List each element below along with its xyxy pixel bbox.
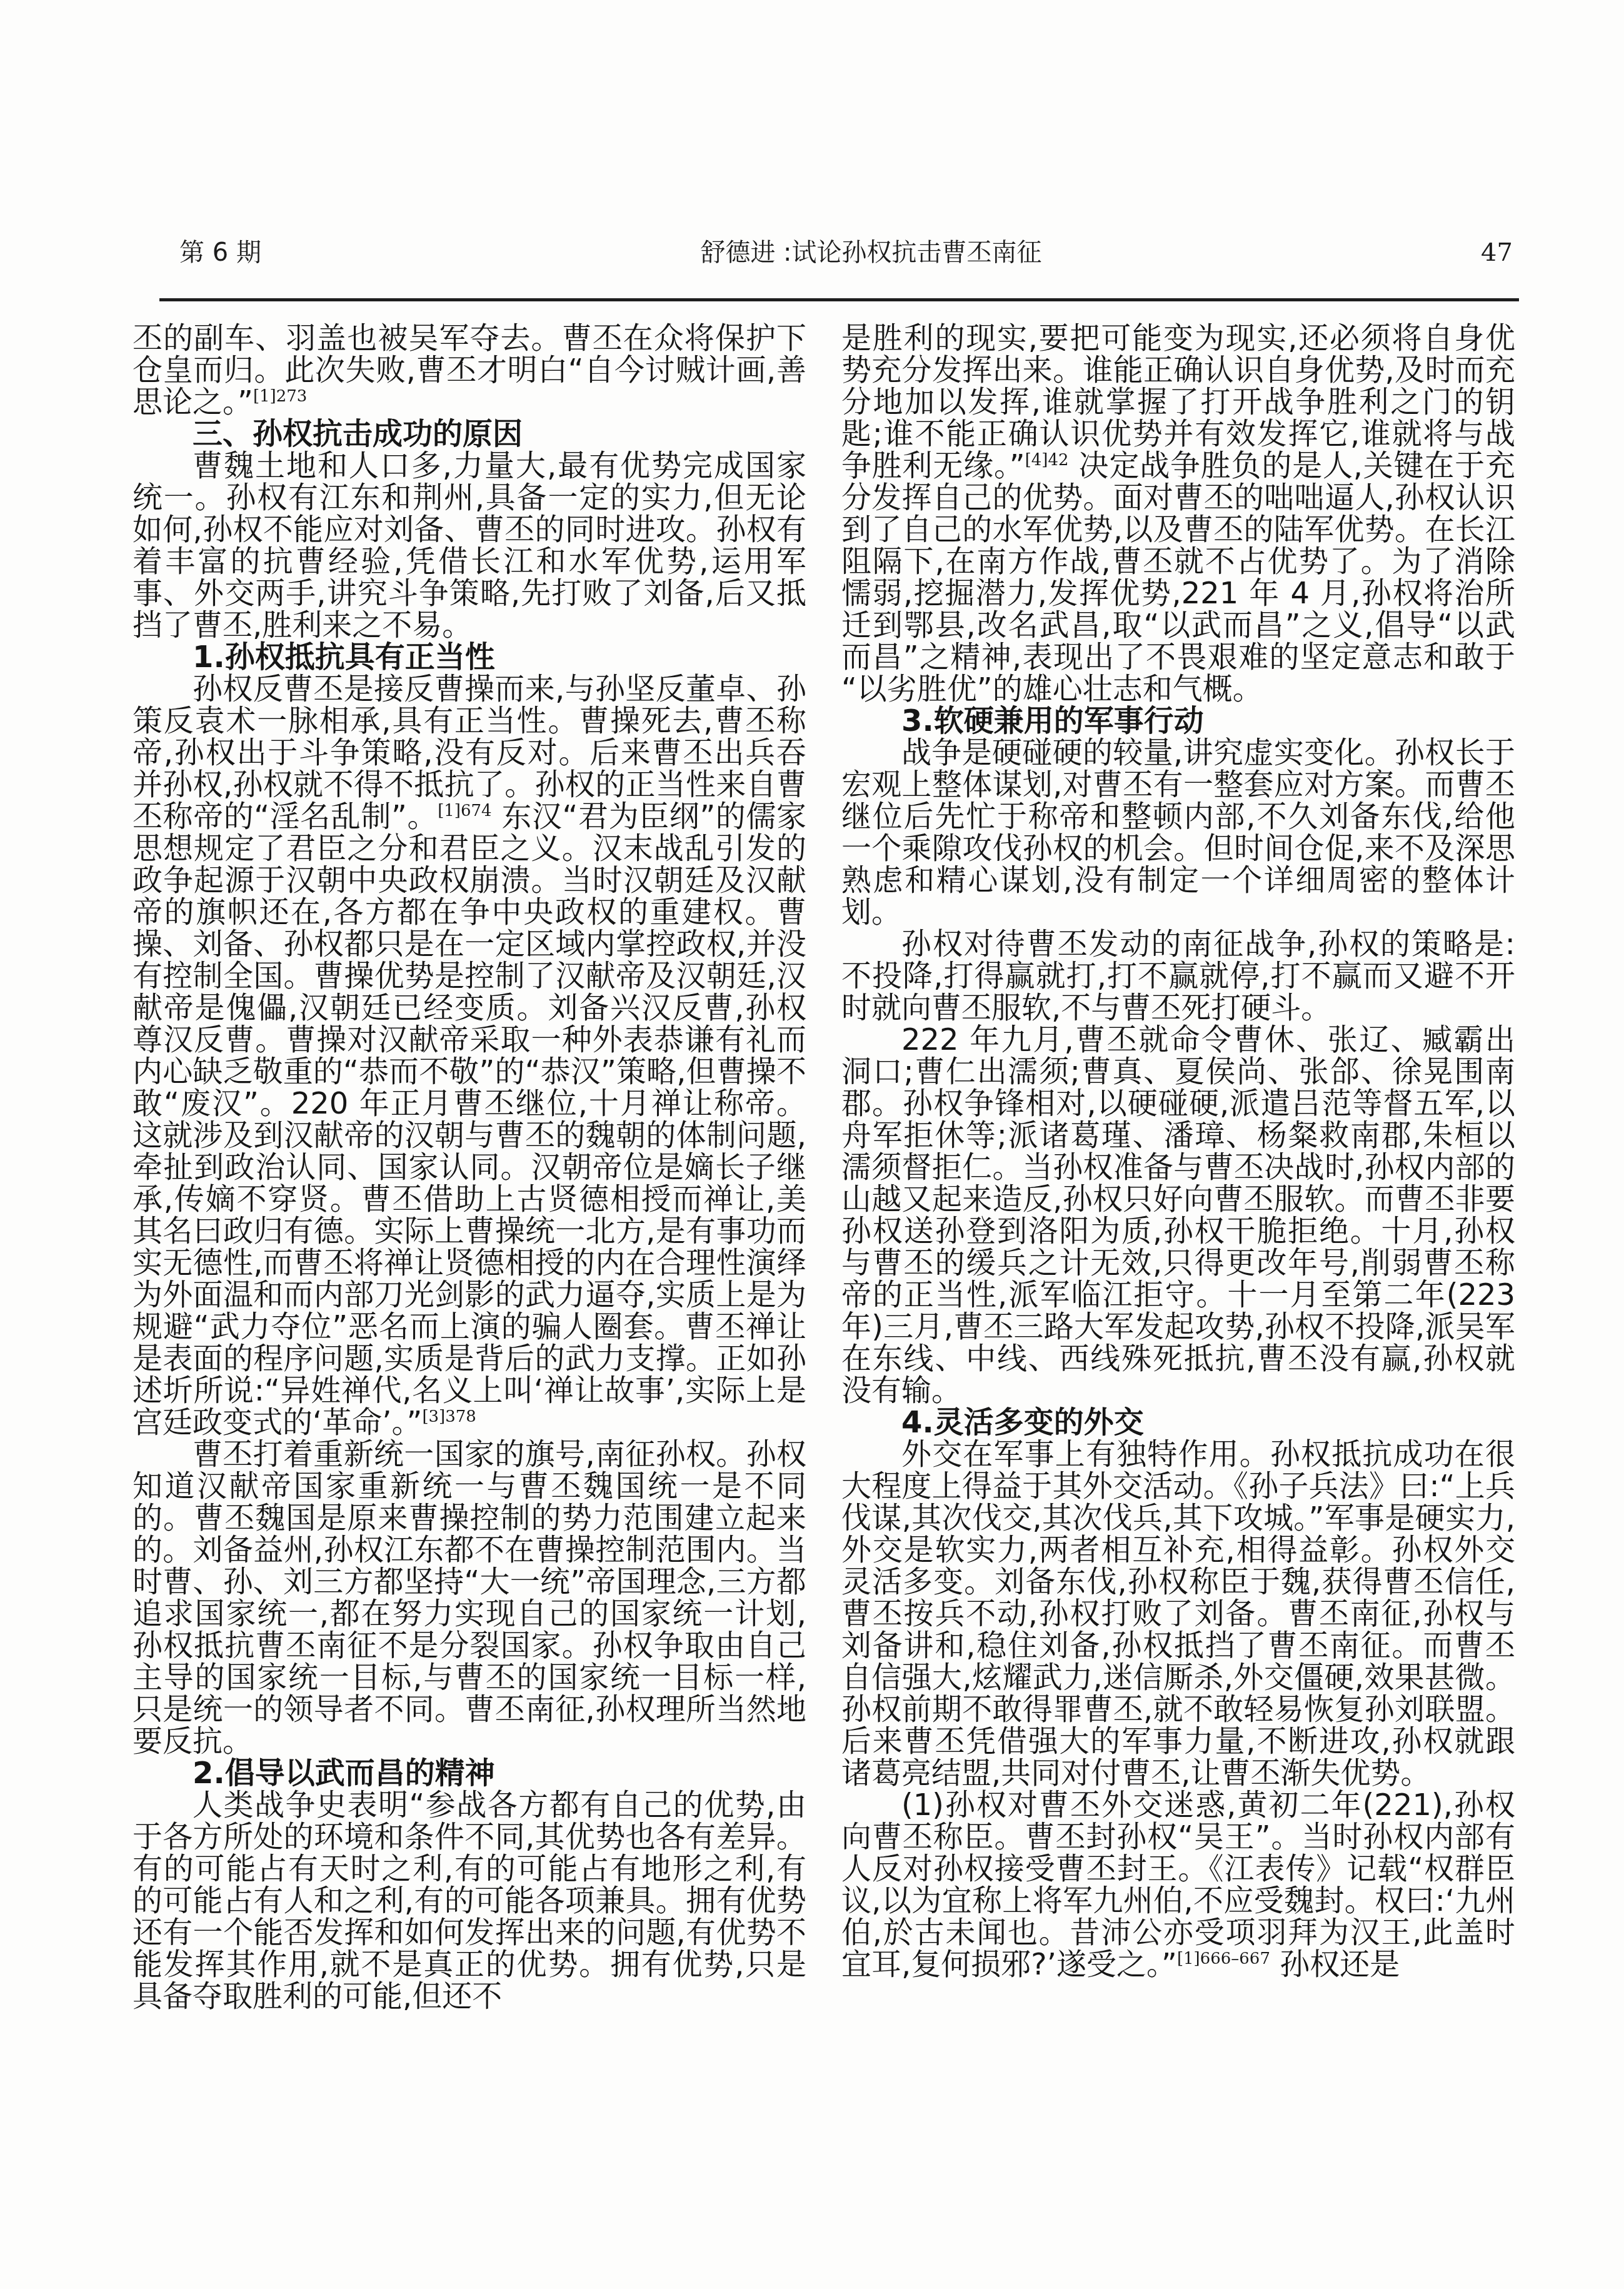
text-run: 丕的副车、羽盖也被吴军夺去。曹丕在众将保护下仓皇而归。此次失败,曹丕才明白“自今… [133, 321, 806, 420]
text-run: 孙权对待曹丕发动的南征战争,孙权的策略是:不投降,打得赢就打,打不赢就停,打不赢… [841, 927, 1515, 1025]
page-number: 47 [1481, 236, 1513, 269]
running-header: 第 6 期 舒德进 :试论孙权抗击曹丕南征 47 [179, 236, 1513, 269]
text-run: 战争是硬碰硬的较量,讲究虚实变化。孙权长于宏观上整体谋划,对曹丕有一整套应对方案… [841, 735, 1515, 930]
paragraph: 战争是硬碰硬的较量,讲究虚实变化。孙权长于宏观上整体谋划,对曹丕有一整套应对方案… [841, 737, 1515, 928]
paragraph: 丕的副车、羽盖也被吴军夺去。曹丕在众将保护下仓皇而归。此次失败,曹丕才明白“自今… [133, 323, 806, 418]
paragraph: 孙权反曹丕是接反曹操而来,与孙坚反董卓、孙策反袁术一脉相承,具有正当性。曹操死去… [133, 673, 806, 1439]
text-run: 曹丕打着重新统一国家的旗号,南征孙权。孙权知道汉献帝国家重新统一与曹丕魏国统一是… [133, 1437, 806, 1759]
text-run: 3.软硬兼用的军事行动 [901, 703, 1204, 738]
text-run: 外交在军事上有独特作用。孙权抵抗成功在很大程度上得益于其外交活动。《孙子兵法》曰… [841, 1437, 1515, 1791]
right-column: 是胜利的现实,要把可能变为现实,还必须将自身优势充分发挥出来。谁能正确认识自身优… [841, 323, 1515, 2013]
section-heading: 4.灵活多变的外交 [841, 1407, 1515, 1439]
journal-page: 第 6 期 舒德进 :试论孙权抗击曹丕南征 47 丕的副车、羽盖也被吴军夺去。曹… [0, 0, 1624, 2289]
citation-superscript: [4]42 [1025, 451, 1069, 470]
text-run: 曹魏土地和人口多,力量大,最有优势完成国家统一。孙权有江东和荆州,具备一定的实力… [133, 448, 806, 643]
left-column: 丕的副车、羽盖也被吴军夺去。曹丕在众将保护下仓皇而归。此次失败,曹丕才明白“自今… [133, 323, 806, 2013]
text-run: 4.灵活多变的外交 [901, 1405, 1144, 1440]
article-body: 丕的副车、羽盖也被吴军夺去。曹丕在众将保护下仓皇而归。此次失败,曹丕才明白“自今… [133, 323, 1515, 2013]
text-run: 人类战争史表明“参战各方都有自己的优势,由于各方所处的环境和条件不同,其优势也各… [133, 1788, 806, 2014]
paragraph: 222 年九月,曹丕就命令曹休、张辽、臧霸出洞口;曹仁出濡须;曹真、夏侯尚、张郃… [841, 1024, 1515, 1407]
section-heading: 2.倡导以武而昌的精神 [133, 1758, 806, 1789]
issue-label: 第 6 期 [179, 236, 261, 269]
text-run: 三、孙权抗击成功的原因 [193, 416, 523, 451]
paragraph: 孙权对待曹丕发动的南征战争,孙权的策略是:不投降,打得赢就打,打不赢就停,打不赢… [841, 928, 1515, 1024]
text-run: 决定战争胜负的是人,关键在于充分发挥自己的优势。面对曹丕的咄咄逼人,孙权认识到了… [841, 448, 1515, 707]
text-run: 孙权还是 [1270, 1947, 1400, 1982]
paragraph: 曹丕打着重新统一国家的旗号,南征孙权。孙权知道汉献帝国家重新统一与曹丕魏国统一是… [133, 1439, 806, 1758]
section-heading: 1.孙权抵抗具有正当性 [133, 641, 806, 673]
citation-superscript: [1]674 [438, 802, 491, 820]
paragraph: 曹魏土地和人口多,力量大,最有优势完成国家统一。孙权有江东和荆州,具备一定的实力… [133, 450, 806, 641]
header-rule [159, 298, 1519, 301]
text-run: 1.孙权抵抗具有正当性 [193, 640, 495, 675]
paragraph: 人类战争史表明“参战各方都有自己的优势,由于各方所处的环境和条件不同,其优势也各… [133, 1789, 806, 2013]
citation-superscript: [1]273 [253, 387, 307, 406]
text-run: 2.倡导以武而昌的精神 [193, 1756, 495, 1791]
paragraph: (1)孙权对曹丕外交迷惑,黄初二年(221),孙权向曹丕称臣。曹丕封孙权“吴王”… [841, 1789, 1515, 1981]
citation-superscript: [3]378 [422, 1407, 476, 1426]
text-run: 222 年九月,曹丕就命令曹休、张辽、臧霸出洞口;曹仁出濡须;曹真、夏侯尚、张郃… [841, 1022, 1515, 1408]
paragraph: 外交在军事上有独特作用。孙权抵抗成功在很大程度上得益于其外交活动。《孙子兵法》曰… [841, 1439, 1515, 1789]
section-heading: 3.软硬兼用的军事行动 [841, 705, 1515, 737]
text-run: 东汉“君为臣纲”的儒家思想规定了君臣之分和君臣之义。汉末战乱引发的政争起源于汉朝… [133, 799, 806, 1440]
running-title: 舒德进 :试论孙权抗击曹丕南征 [261, 236, 1481, 269]
paragraph: 是胜利的现实,要把可能变为现实,还必须将自身优势充分发挥出来。谁能正确认识自身优… [841, 323, 1515, 705]
section-heading: 三、孙权抗击成功的原因 [133, 418, 806, 450]
citation-superscript: [1]666–667 [1177, 1949, 1270, 1968]
